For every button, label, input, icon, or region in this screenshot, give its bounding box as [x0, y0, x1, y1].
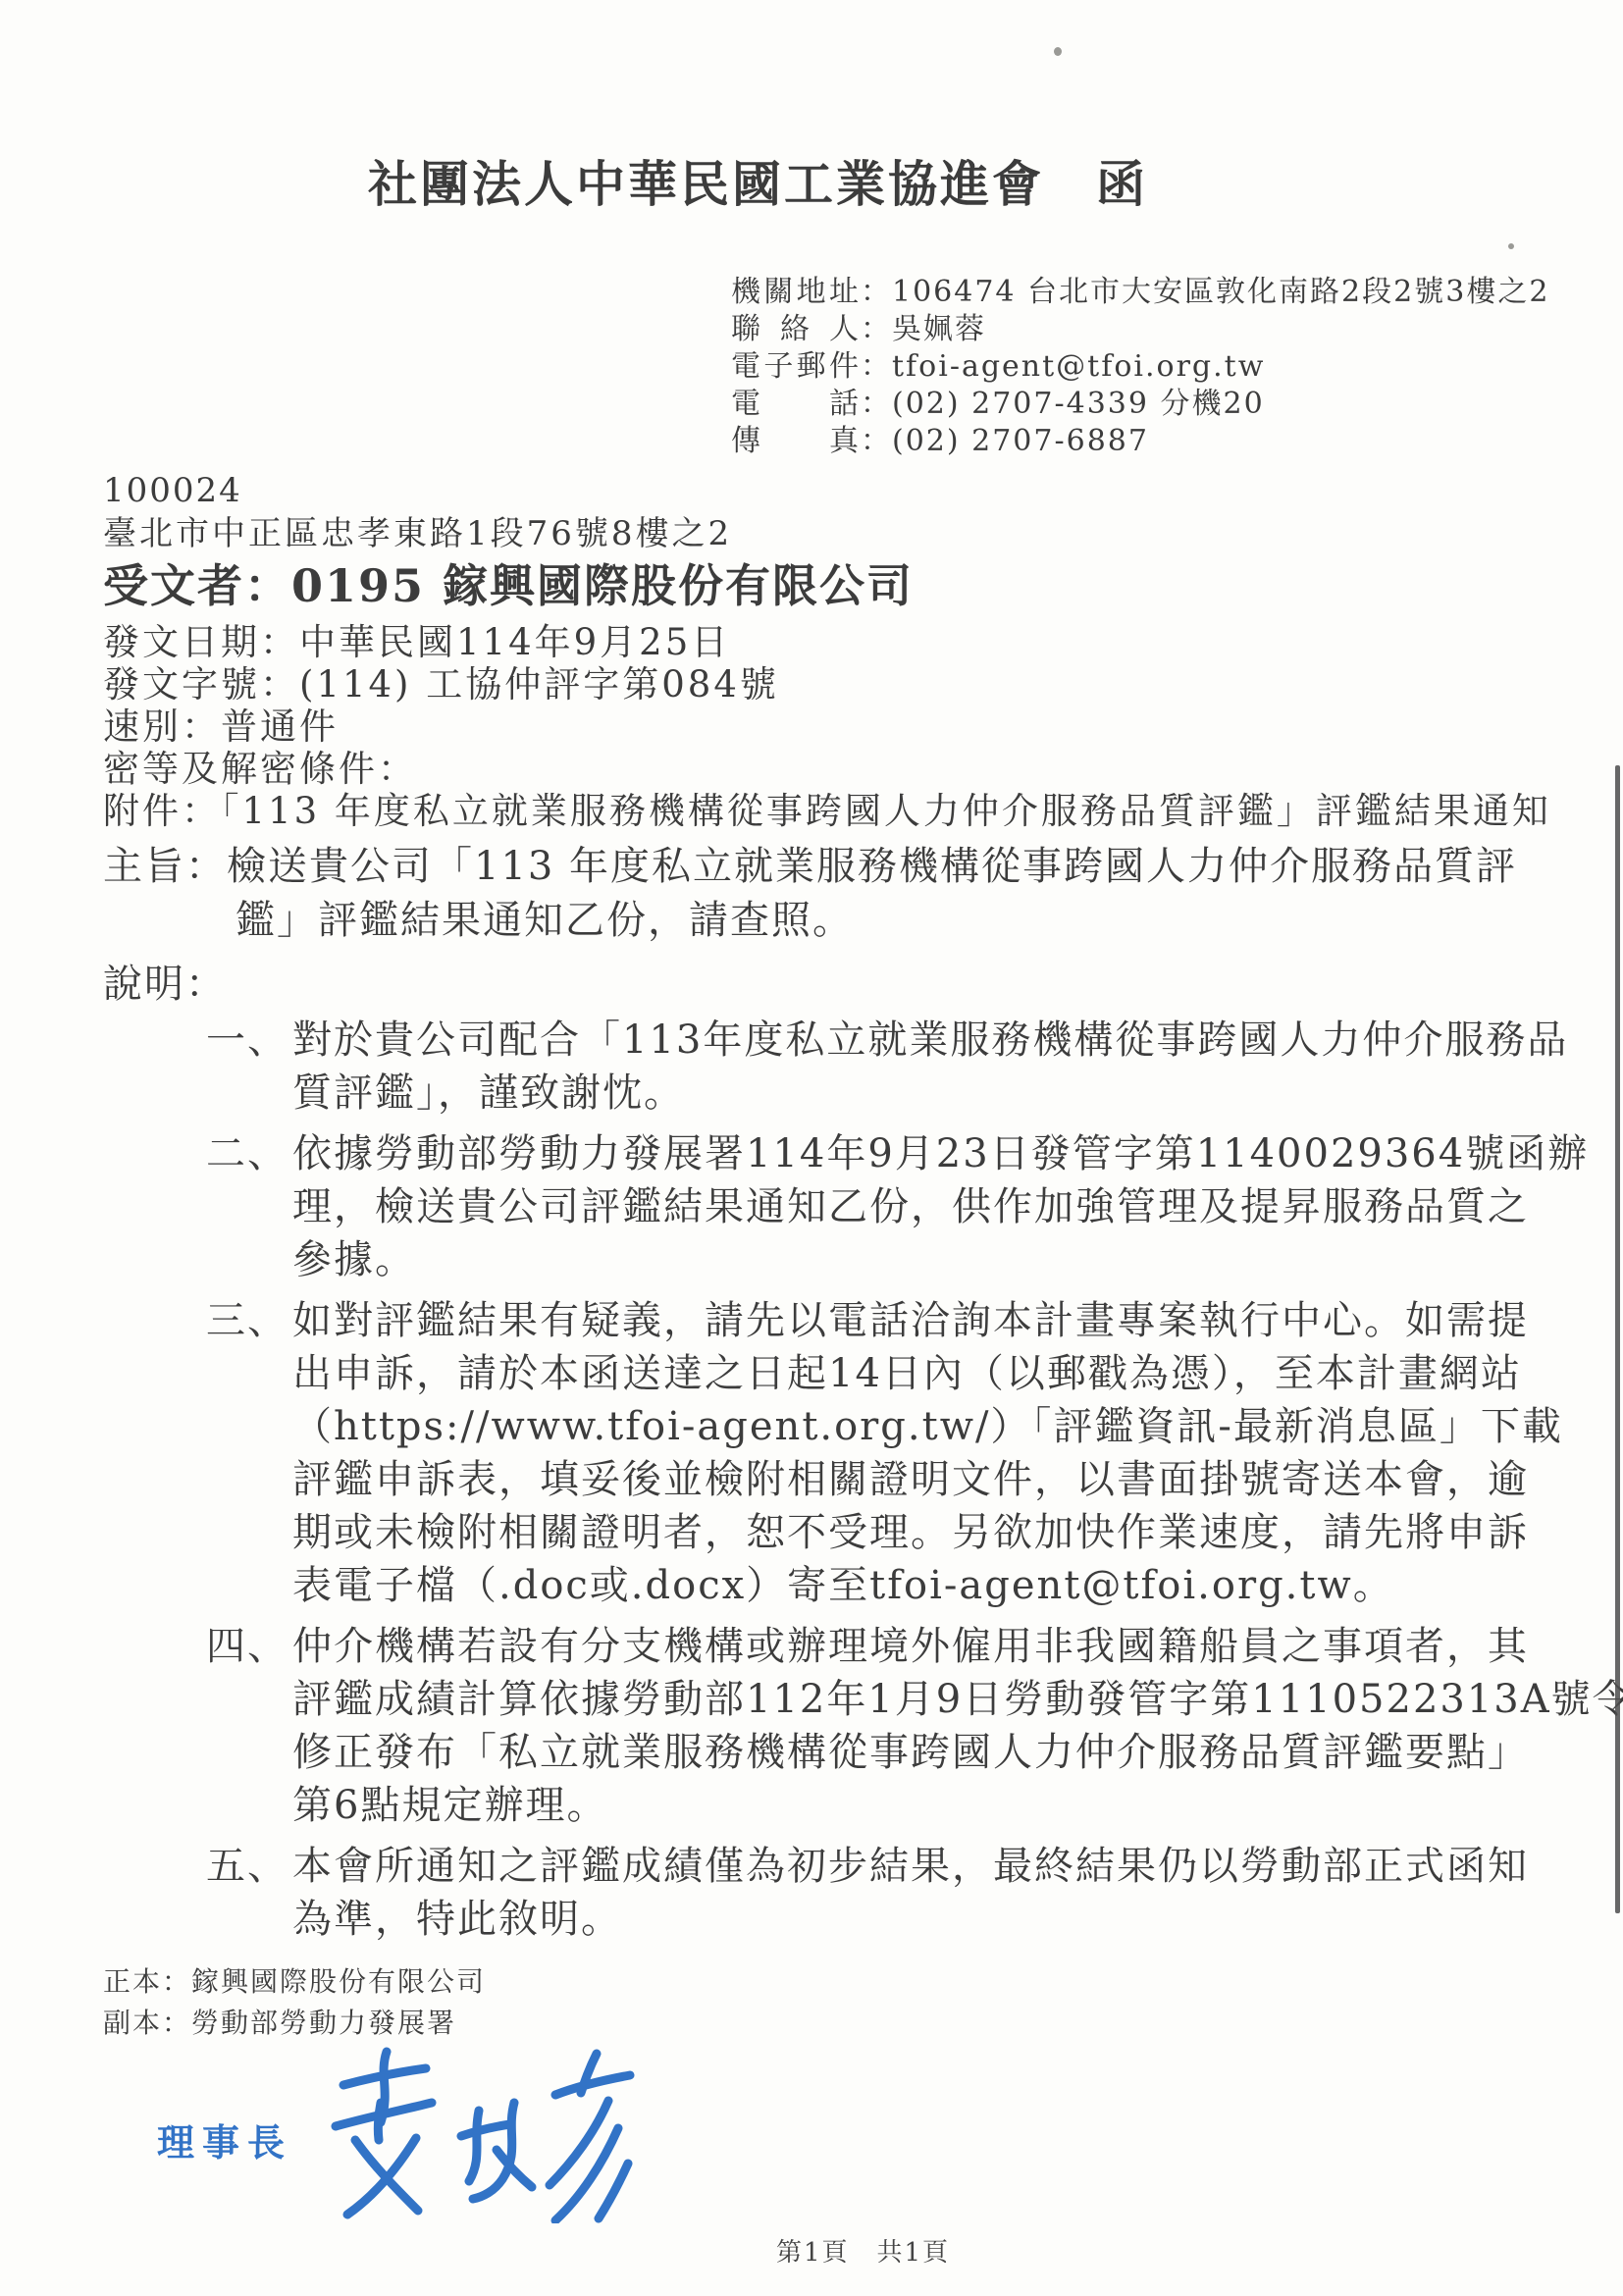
letter-content: 社團法人中華民國工業協進會 函 機關地址：106474 台北市大安區敦化南路2段… [0, 152, 1623, 2269]
subject-line-continuation: 鑑」評鑑結果通知乙份，請查照。 [236, 894, 1623, 948]
page-number-footer: 第1頁 共1頁 [103, 2232, 1623, 2269]
scan-edge-artifact [1615, 765, 1620, 1913]
item-number: 三、 [206, 1294, 292, 1612]
sender-contact-block: 機關地址：106474 台北市大安區敦化南路2段2號3樓之2 聯絡人：吳姵蓉 電… [731, 274, 1623, 460]
document-page: 社團法人中華民國工業協進會 函 機關地址：106474 台北市大安區敦化南路2段… [0, 0, 1623, 2296]
item-number: 四、 [206, 1620, 292, 1832]
item-line: 評鑑申訴表，填妥後並檢附相關證明文件，以書面掛號寄送本會，逾 [292, 1453, 1563, 1506]
chairman-signature-handwriting [314, 2042, 638, 2223]
item-line: 為準，特此敘明。 [292, 1893, 1529, 1946]
item-line: 參據。 [292, 1233, 1589, 1286]
colon: ： [861, 349, 892, 384]
sender-email-row: 電子郵件：tfoi-agent@tfoi.org.tw [731, 348, 1623, 386]
attachment-line: 附件：「113 年度私立就業服務機構從事跨國人力仲介服務品質評鑑」評鑑結果通知 [103, 790, 1623, 832]
cc-copy-line: 副本：勞動部勞動力發展署 [103, 2003, 1623, 2044]
explanation-item-1: 一、 對於貴公司配合「113年度私立就業服務機構從事跨國人力仲介服務品 質評鑑」… [206, 1014, 1623, 1120]
sender-email-label: 電子郵件 [731, 348, 861, 386]
colon: ： [861, 275, 892, 309]
sender-phone-row: 電話：(02) 2707-4339 分機20 [731, 386, 1623, 423]
doc-number-line: 發文字號：(114) 工協仲評字第084號 [103, 663, 1623, 705]
sender-contact-person-row: 聯絡人：吳姵蓉 [731, 311, 1623, 348]
colon: ： [861, 387, 892, 421]
item-number: 五、 [206, 1840, 292, 1946]
sender-email-value: tfoi-agent@tfoi.org.tw [892, 349, 1265, 384]
subject-line: 主旨：檢送貴公司「113 年度私立就業服務機構從事跨國人力仲介服務品質評 [103, 840, 1623, 894]
sender-contact-person-label: 聯絡人 [731, 311, 861, 348]
speed-class-line: 速別：普通件 [103, 705, 1623, 748]
explanation-label: 說明： [103, 958, 1623, 1012]
explanation-items: 一、 對於貴公司配合「113年度私立就業服務機構從事跨國人力仲介服務品 質評鑑」… [103, 1014, 1623, 1946]
item-line: 質評鑑」，謹致謝忱。 [292, 1067, 1568, 1120]
recipient-line: 受文者：0195 鎵興國際股份有限公司 [103, 556, 1623, 615]
item-line: （https://www.tfoi-agent.org.tw/）「評鑑資訊-最新… [292, 1400, 1563, 1453]
item-line: 出申訴，請於本函送達之日起14日內（以郵戳為憑），至本計畫網站 [292, 1347, 1563, 1400]
item-line: 理，檢送貴公司評鑑結果通知乙份，供作加強管理及提昇服務品質之 [292, 1180, 1589, 1233]
item-text: 依據勞動部勞動力發展署114年9月23日發管字第1140029364號函辦 理，… [292, 1127, 1589, 1286]
item-line: 期或未檢附相關證明者，恕不受理。另欲加快作業速度，請先將申訴 [292, 1506, 1563, 1559]
item-text: 如對評鑑結果有疑義，請先以電話洽詢本計畫專案執行中心。如需提 出申訴，請於本函送… [292, 1294, 1563, 1612]
item-line: 第6點規定辦理。 [292, 1779, 1623, 1832]
sender-phone-value: (02) 2707-4339 分機20 [892, 387, 1265, 421]
scan-speckle [1054, 47, 1062, 56]
subject-block: 主旨：檢送貴公司「113 年度私立就業服務機構從事跨國人力仲介服務品質評 鑑」評… [103, 840, 1623, 948]
item-line: 修正發布「私立就業服務機構從事跨國人力仲介服務品質評鑑要點」 [292, 1726, 1623, 1779]
item-number: 二、 [206, 1127, 292, 1286]
item-line: 表電子檔（.doc或.docx）寄至tfoi-agent@tfoi.org.tw… [292, 1559, 1563, 1612]
recipient-postal-code: 100024 [103, 470, 1623, 511]
sender-address-value: 106474 台北市大安區敦化南路2段2號3樓之2 [892, 275, 1549, 309]
chairman-title-label: 理事長 [157, 2113, 292, 2166]
document-title: 社團法人中華民國工業協進會 函 [368, 152, 1623, 217]
sender-contact-person-value: 吳姵蓉 [892, 312, 986, 346]
item-line: 評鑑成績計算依據勞動部112年1月9日勞動發管字第1110522313A號令 [292, 1673, 1623, 1726]
original-copy-line: 正本：鎵興國際股份有限公司 [103, 1961, 1623, 2003]
signature-row: 理事長 [157, 2048, 1623, 2230]
copies-block: 正本：鎵興國際股份有限公司 副本：勞動部勞動力發展署 [103, 1961, 1623, 2044]
item-text: 仲介機構若設有分支機構或辦理境外僱用非我國籍船員之事項者，其 評鑑成績計算依據勞… [292, 1620, 1623, 1832]
security-class-line: 密等及解密條件： [103, 748, 1623, 790]
sender-fax-value: (02) 2707-6887 [892, 424, 1149, 458]
item-line: 如對評鑑結果有疑義，請先以電話洽詢本計畫專案執行中心。如需提 [292, 1294, 1563, 1347]
sender-phone-label: 電話 [731, 386, 861, 423]
explanation-item-3: 三、 如對評鑑結果有疑義，請先以電話洽詢本計畫專案執行中心。如需提 出申訴，請於… [206, 1294, 1623, 1612]
colon: ： [861, 424, 892, 458]
item-line: 對於貴公司配合「113年度私立就業服務機構從事跨國人力仲介服務品 [292, 1014, 1568, 1067]
sender-address-row: 機關地址：106474 台北市大安區敦化南路2段2號3樓之2 [731, 274, 1623, 311]
issue-date-line: 發文日期：中華民國114年9月25日 [103, 621, 1623, 663]
sender-fax-label: 傳真 [731, 423, 861, 460]
item-line: 本會所通知之評鑑成績僅為初步結果，最終結果仍以勞動部正式函知 [292, 1840, 1529, 1893]
colon: ： [861, 312, 892, 346]
explanation-item-2: 二、 依據勞動部勞動力發展署114年9月23日發管字第1140029364號函辦… [206, 1127, 1623, 1286]
sender-fax-row: 傳真：(02) 2707-6887 [731, 423, 1623, 460]
item-number: 一、 [206, 1014, 292, 1120]
item-line: 仲介機構若設有分支機構或辦理境外僱用非我國籍船員之事項者，其 [292, 1620, 1623, 1673]
item-text: 本會所通知之評鑑成績僅為初步結果，最終結果仍以勞動部正式函知 為準，特此敘明。 [292, 1840, 1529, 1946]
explanation-item-4: 四、 仲介機構若設有分支機構或辦理境外僱用非我國籍船員之事項者，其 評鑑成績計算… [206, 1620, 1623, 1832]
item-line: 依據勞動部勞動力發展署114年9月23日發管字第1140029364號函辦 [292, 1127, 1589, 1180]
item-text: 對於貴公司配合「113年度私立就業服務機構從事跨國人力仲介服務品 質評鑑」，謹致… [292, 1014, 1568, 1120]
sender-address-label: 機關地址 [731, 274, 861, 311]
document-meta-block: 發文日期：中華民國114年9月25日 發文字號：(114) 工協仲評字第084號… [103, 621, 1623, 832]
explanation-item-5: 五、 本會所通知之評鑑成績僅為初步結果，最終結果仍以勞動部正式函知 為準，特此敘… [206, 1840, 1623, 1946]
recipient-address: 臺北市中正區忠孝東路1段76號8樓之2 [103, 511, 1623, 556]
scan-speckle [1508, 243, 1514, 249]
